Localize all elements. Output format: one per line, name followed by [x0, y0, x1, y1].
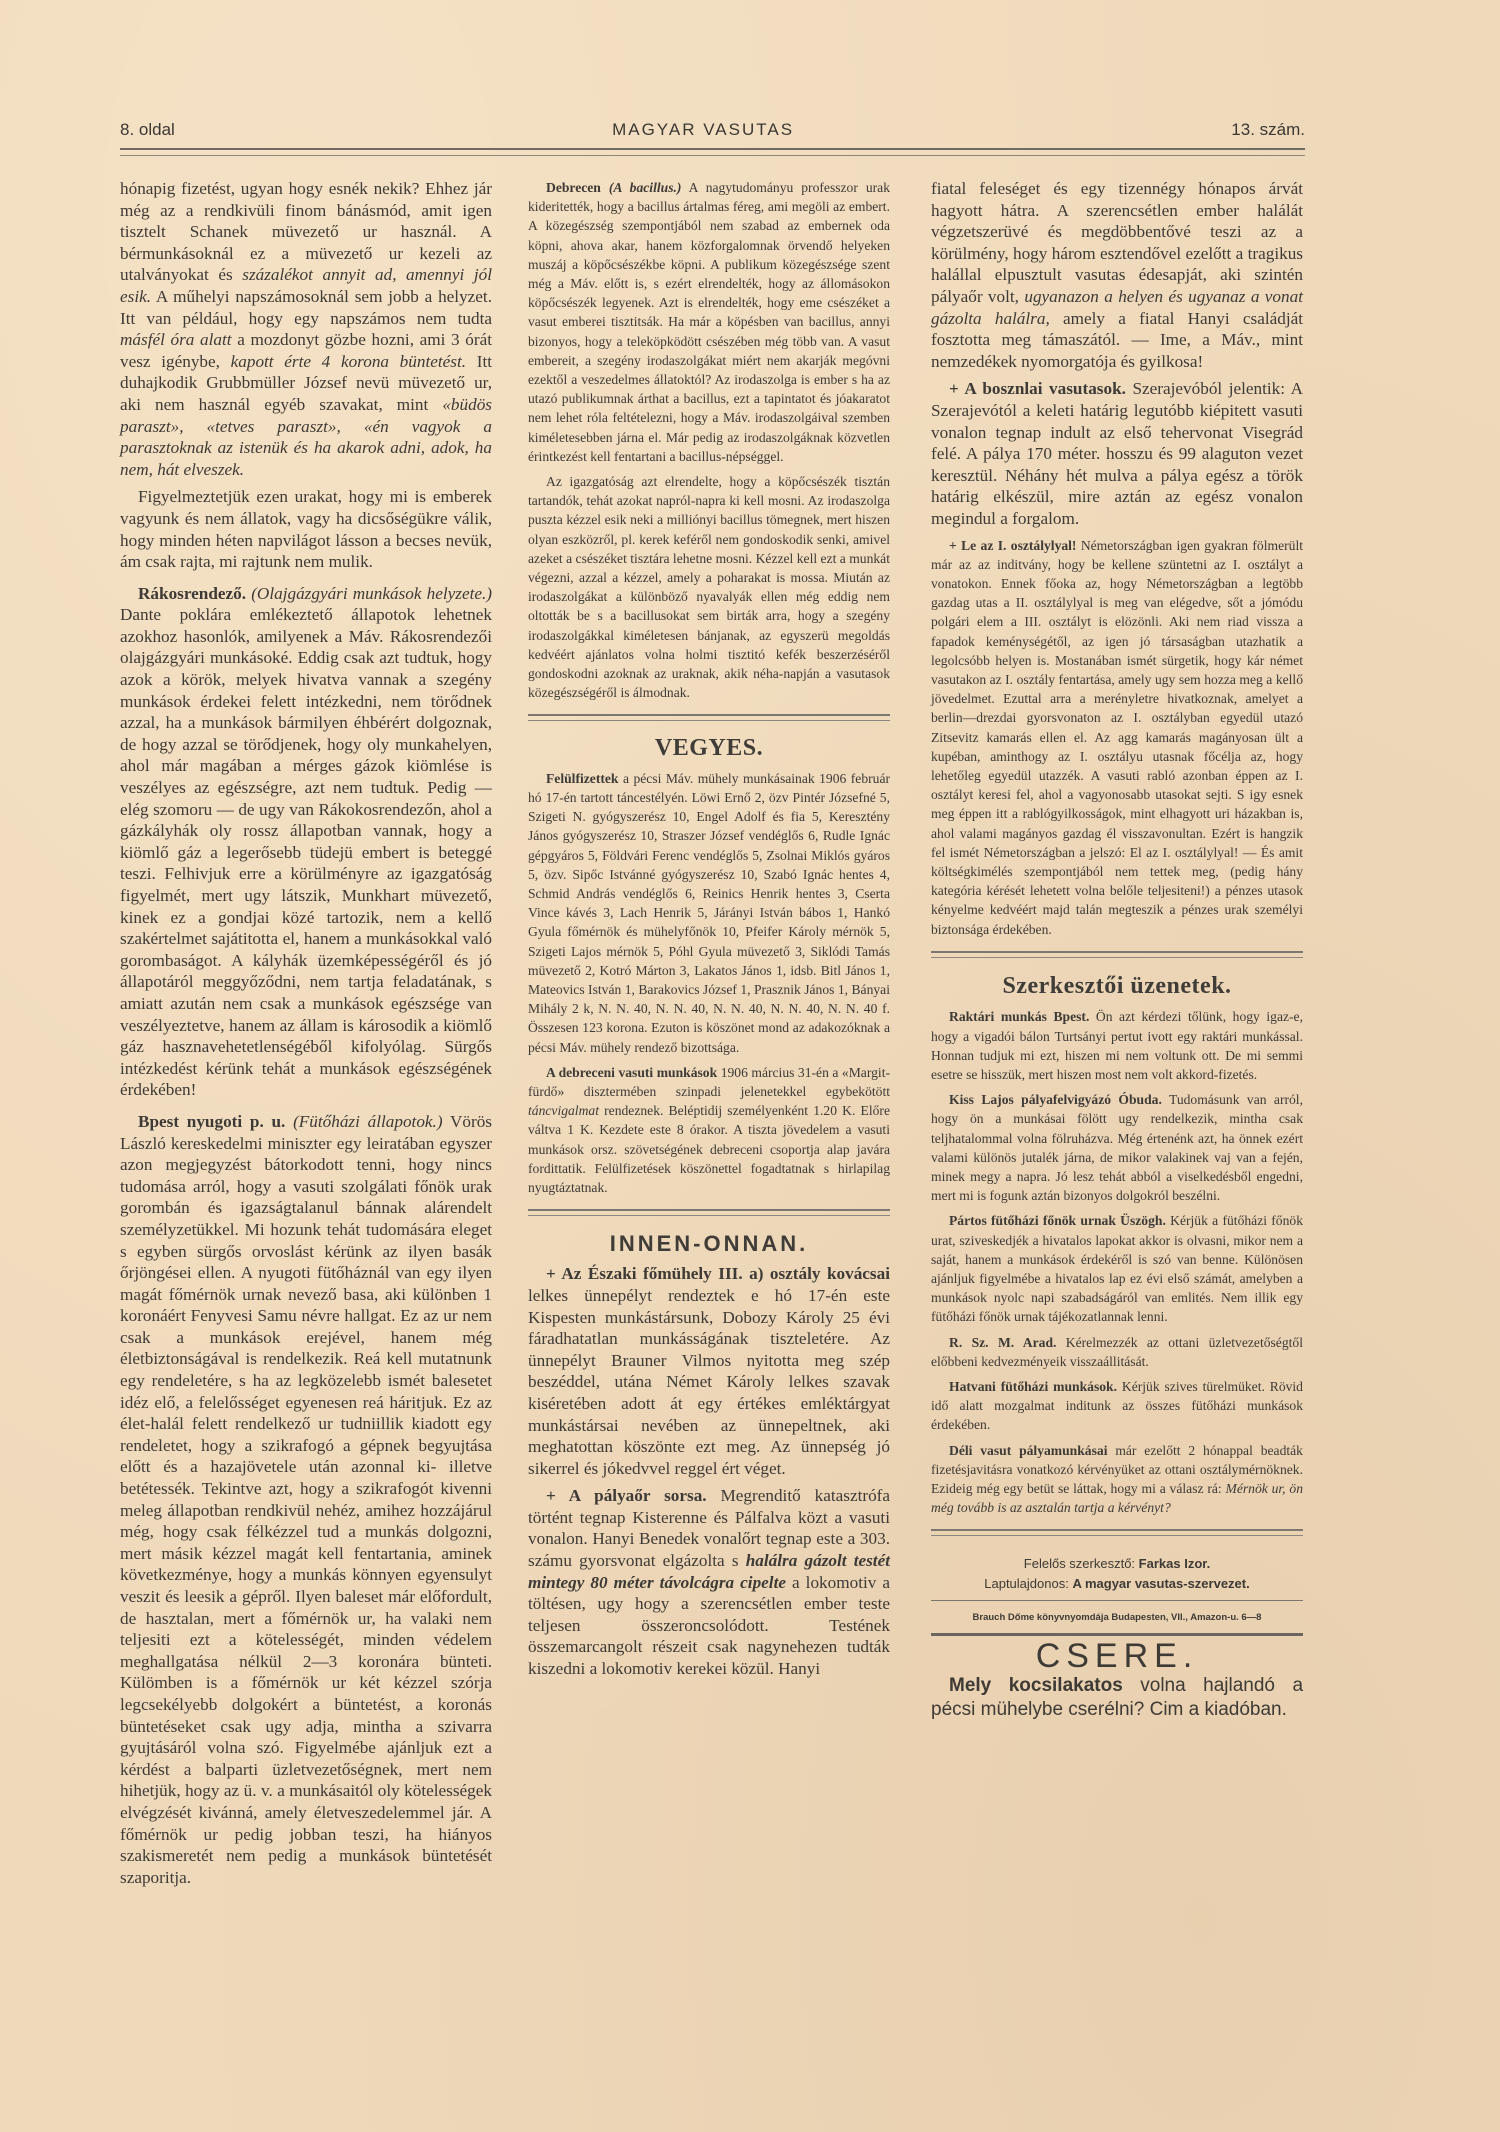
- section-title-innen-onnan: INNEN-ONNAN.: [528, 1234, 890, 1253]
- news-palyaor-sorsa: + A pályaőr sorsa. Megrenditő katasztróf…: [528, 1485, 890, 1679]
- news-heading: + Le az I. osztálylyal!: [949, 538, 1076, 553]
- article-heading: Debrecen: [546, 180, 601, 195]
- news-heading: + Az Északi főmühely III. a) osztály kov…: [546, 1264, 890, 1283]
- article-bpest-nyugoti: Bpest nyugoti p. u. (Fütőházi állapotok.…: [120, 1111, 492, 1888]
- notice-donations: Felülfizettek a pécsi Máv. mühely munkás…: [528, 769, 890, 1057]
- masthead-title: MAGYAR VASUTAS: [612, 120, 794, 140]
- article-subheading: (Olajgázgyári munkások helyzete.): [251, 584, 492, 603]
- message-item: Pártos fütőházi főnök urnak Üszögh. Kérj…: [931, 1211, 1303, 1326]
- notice-heading: Felülfizettek: [546, 771, 618, 786]
- header-rule: [120, 148, 1305, 156]
- article-subheading: (Fütőházi állapotok.): [293, 1112, 443, 1131]
- news-bosnian-railway: + A bosznlai vasutasok. Szerajevóból jel…: [931, 378, 1303, 529]
- message-item: Hatvani fütőházi munkások. Kérjük szives…: [931, 1377, 1303, 1435]
- imprint-divider: [931, 1600, 1303, 1601]
- column-left: hónapig fizetést, ugyan hogy esnék nekik…: [120, 178, 492, 1894]
- article-warning: Figyelmeztetjük ezen urakat, hogy mi is …: [120, 486, 492, 572]
- article-rakosrendezo: Rákosrendező. (Olajgázgyári munkások hel…: [120, 583, 492, 1101]
- ad-csere-text: Mely kocsilakatos volna hajlandó a pécsi…: [931, 1674, 1303, 1722]
- news-heading: + A pályaőr sorsa.: [546, 1486, 707, 1505]
- news-eszaki-fomuhely: + Az Északi főmühely III. a) osztály kov…: [528, 1263, 890, 1479]
- ad-title-csere: CSERE.: [931, 1646, 1303, 1668]
- editor-line: Felelős szerkesztő: Farkas Izor.: [931, 1554, 1303, 1574]
- page-header: 8. oldal MAGYAR VASUTAS 13. szám.: [120, 118, 1305, 142]
- article-debrecen: Debrecen (A bacillus.) A nagytudományu p…: [528, 178, 890, 466]
- printer-line: Brauch Dőme könyvnyomdája Budapesten, VI…: [931, 1607, 1303, 1629]
- section-divider: [931, 951, 1303, 958]
- section-title-vegyes: VEGYES.: [528, 739, 890, 758]
- article-heading: Bpest nyugoti p. u.: [138, 1112, 285, 1131]
- editorial-messages: Raktári munkás Bpest. Ön azt kérdezi től…: [931, 1007, 1303, 1517]
- article-continued: hónapig fizetést, ugyan hogy esnék nekik…: [120, 178, 492, 480]
- imprint: Felelős szerkesztő: Farkas Izor. Laptula…: [931, 1554, 1303, 1594]
- message-item: R. Sz. M. Arad. Kérelmezzék az ottani üz…: [931, 1333, 1303, 1371]
- news-palyaor-cont: fiatal feleséget és egy tizennégy hónapo…: [931, 178, 1303, 372]
- notice-heading: A debreceni vasuti munkások: [546, 1065, 717, 1080]
- message-item: Raktári munkás Bpest. Ön azt kérdezi től…: [931, 1007, 1303, 1084]
- article-heading: Rákosrendező.: [138, 584, 246, 603]
- news-first-class: + Le az I. osztálylyal! Németországban i…: [931, 536, 1303, 939]
- column-right: fiatal feleséget és egy tizennégy hónapo…: [931, 178, 1303, 1728]
- page-number: 8. oldal: [120, 120, 175, 140]
- message-item: Kiss Lajos pályafelvigyázó Óbuda. Tudomá…: [931, 1090, 1303, 1205]
- section-divider: [528, 1209, 890, 1216]
- notice-debrecen-ball: A debreceni vasuti munkások 1906 március…: [528, 1063, 890, 1197]
- issue-number: 13. szám.: [1231, 120, 1305, 140]
- article-debrecen-cont: Az igazgatóság azt elrendelte, hogy a kö…: [528, 472, 890, 702]
- section-divider: [528, 714, 890, 721]
- article-subheading: (A bacillus.): [609, 180, 682, 195]
- column-middle: Debrecen (A bacillus.) A nagytudományu p…: [528, 178, 890, 1686]
- news-heading: + A bosznlai vasutasok.: [949, 379, 1126, 398]
- section-divider: [931, 1529, 1303, 1536]
- owner-line: Laptulajdonos: A magyar vasutas-szerveze…: [931, 1574, 1303, 1594]
- ad-divider: [931, 1633, 1303, 1636]
- message-item: Déli vasut pályamunkásai már ezelőtt 2 h…: [931, 1441, 1303, 1518]
- section-title-editorial-messages: Szerkesztői üzenetek.: [931, 976, 1303, 998]
